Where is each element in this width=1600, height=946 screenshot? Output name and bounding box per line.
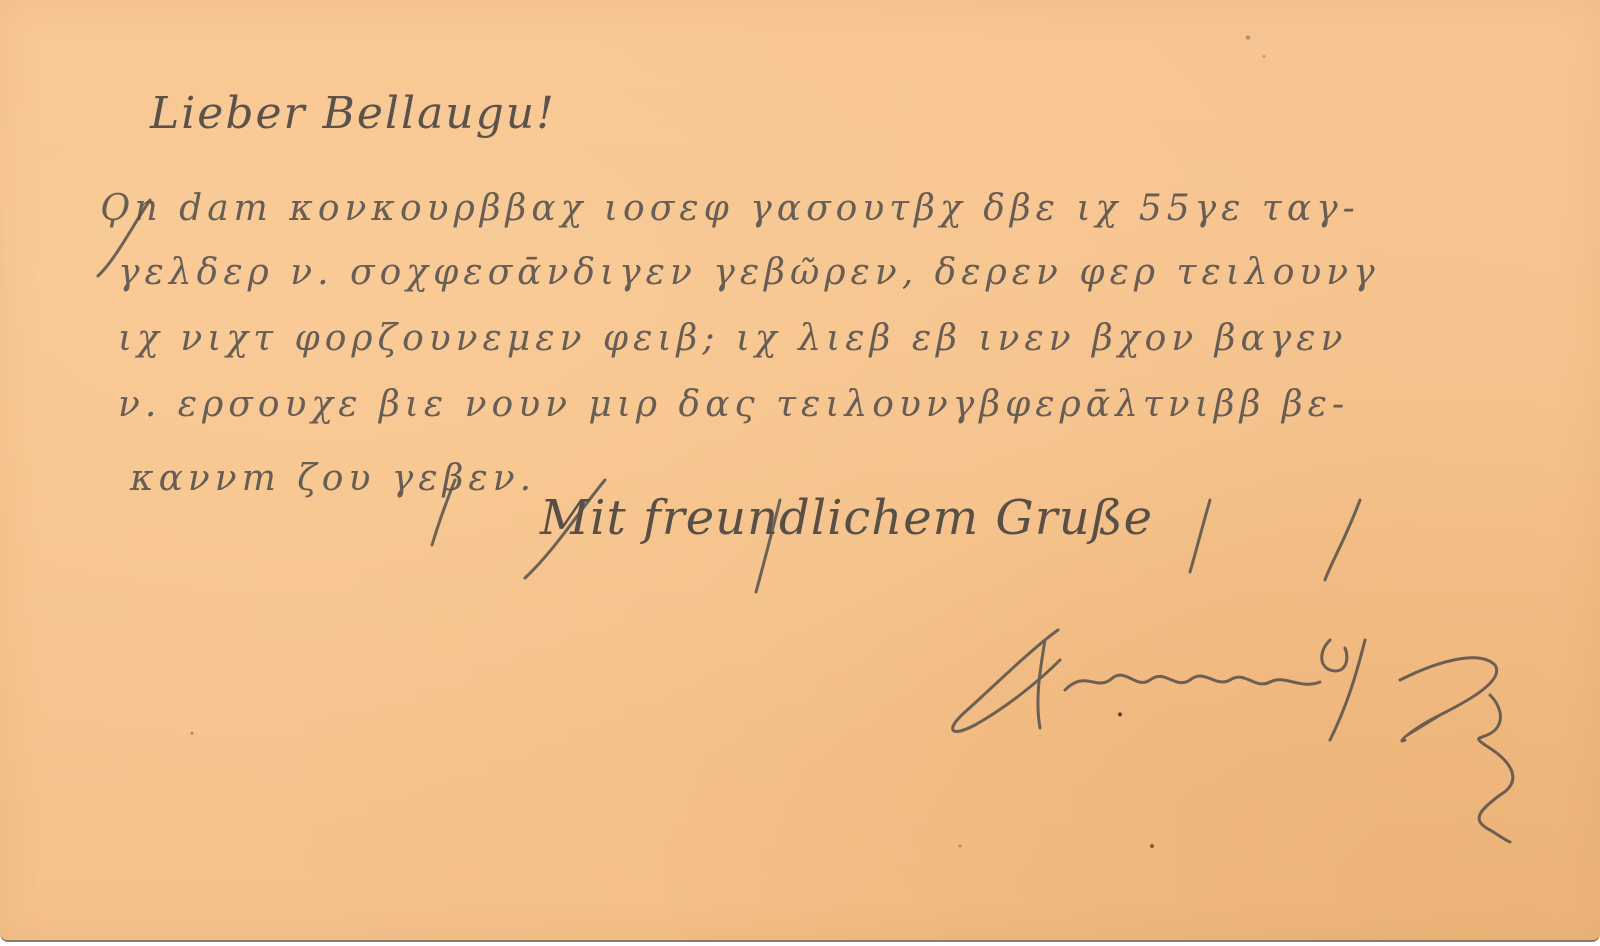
body-line-1: Ϙn dam κονκουρββαχ ιοσεφ γασουτβχ δβε ιχ… bbox=[100, 188, 1360, 229]
closing-line: Mit freundlichem Gruße bbox=[540, 490, 1153, 546]
body-line-3: ιχ νιχτ φορζουνεμεν φειβ; ιχ λιεβ εβ ινε… bbox=[118, 318, 1348, 359]
body-line-5: καννт ζου γεβεν. bbox=[130, 458, 536, 499]
body-line-2: γελδερ ν. σοχφεσᾱνδιγεν γεβῶρεν, δερεν φ… bbox=[118, 252, 1380, 293]
greeting-line: Lieber Bellaugu! bbox=[150, 88, 556, 139]
postcard: Lieber Bellaugu! Ϙn dam κονκουρββαχ ιοσε… bbox=[0, 0, 1600, 942]
body-line-4: ν. ερσουχε βιε νουν μιρ δας τειλουνγβφερ… bbox=[118, 384, 1349, 425]
